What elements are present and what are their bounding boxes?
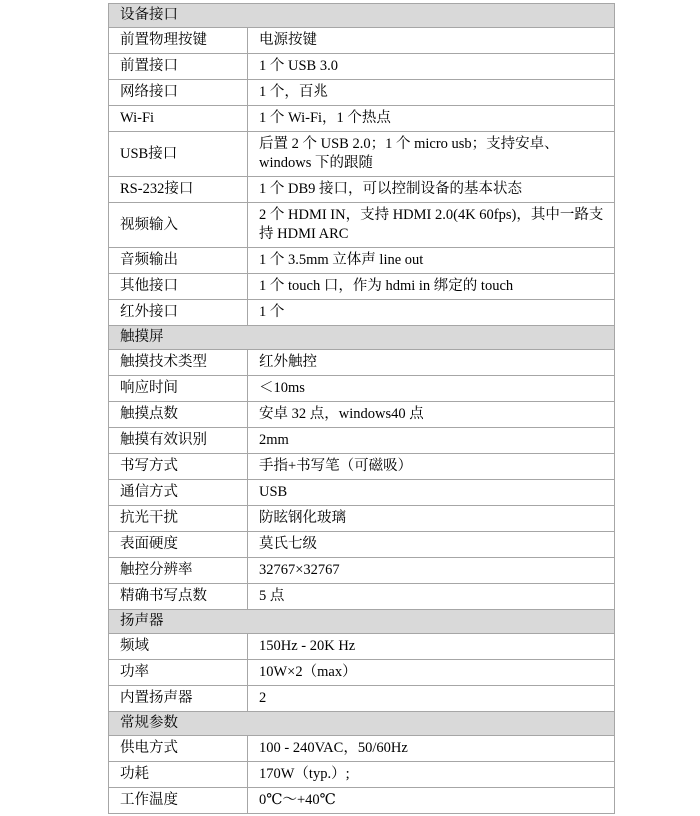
spec-label: 音频输出 <box>109 248 248 274</box>
spec-table: 设备接口前置物理按键电源按键前置接口1 个 USB 3.0网络接口1 个，百兆W… <box>108 3 615 814</box>
spec-label: 响应时间 <box>109 376 248 402</box>
spec-label: 频域 <box>109 634 248 660</box>
section-row: 触摸屏 <box>109 326 615 350</box>
spec-value: 10W×2（max） <box>248 660 615 686</box>
table-row: 触摸点数安卓 32 点，windows40 点 <box>109 402 615 428</box>
spec-value: 32767×32767 <box>248 558 615 584</box>
table-row: 前置物理按键电源按键 <box>109 28 615 54</box>
spec-value: 1 个 3.5mm 立体声 line out <box>248 248 615 274</box>
spec-label: 通信方式 <box>109 480 248 506</box>
section-header: 设备接口 <box>109 4 615 28</box>
table-row: 响应时间＜10ms <box>109 376 615 402</box>
spec-value: 1 个，百兆 <box>248 80 615 106</box>
table-row: Wi-Fi1 个 Wi-Fi，1 个热点 <box>109 106 615 132</box>
spec-label: 红外接口 <box>109 300 248 326</box>
table-row: RS-232接口1 个 DB9 接口，可以控制设备的基本状态 <box>109 177 615 203</box>
spec-label: 功耗 <box>109 762 248 788</box>
table-row: 触摸技术类型红外触控 <box>109 350 615 376</box>
section-row: 设备接口 <box>109 4 615 28</box>
table-row: 供电方式100 - 240VAC，50/60Hz <box>109 736 615 762</box>
table-row: 内置扬声器2 <box>109 686 615 712</box>
table-row: USB接口后置 2 个 USB 2.0；1 个 micro usb；支持安卓、w… <box>109 132 615 177</box>
spec-label: 视频输入 <box>109 203 248 248</box>
table-row: 功率10W×2（max） <box>109 660 615 686</box>
spec-value: 后置 2 个 USB 2.0；1 个 micro usb；支持安卓、window… <box>248 132 615 177</box>
spec-value: 安卓 32 点，windows40 点 <box>248 402 615 428</box>
spec-value: 莫氏七级 <box>248 532 615 558</box>
spec-table-body: 设备接口前置物理按键电源按键前置接口1 个 USB 3.0网络接口1 个，百兆W… <box>109 4 615 814</box>
table-row: 触摸有效识别2mm <box>109 428 615 454</box>
table-row: 视频输入2 个 HDMI IN，支持 HDMI 2.0(4K 60fps)，其中… <box>109 203 615 248</box>
spec-label: 触摸有效识别 <box>109 428 248 454</box>
spec-label: 工作温度 <box>109 788 248 814</box>
spec-label: 前置物理按键 <box>109 28 248 54</box>
spec-value: 150Hz - 20K Hz <box>248 634 615 660</box>
spec-label: 网络接口 <box>109 80 248 106</box>
spec-label: 触摸技术类型 <box>109 350 248 376</box>
table-row: 功耗170W（typ.）; <box>109 762 615 788</box>
section-header: 扬声器 <box>109 610 615 634</box>
spec-label: 前置接口 <box>109 54 248 80</box>
spec-value: 1 个 Wi-Fi，1 个热点 <box>248 106 615 132</box>
spec-label: 触控分辨率 <box>109 558 248 584</box>
table-row: 工作温度0℃～+40℃ <box>109 788 615 814</box>
spec-value: 1 个 USB 3.0 <box>248 54 615 80</box>
spec-label: RS-232接口 <box>109 177 248 203</box>
spec-label: Wi-Fi <box>109 106 248 132</box>
table-row: 通信方式USB <box>109 480 615 506</box>
spec-value: 手指+书写笔（可磁吸） <box>248 454 615 480</box>
section-header: 触摸屏 <box>109 326 615 350</box>
spec-label: 表面硬度 <box>109 532 248 558</box>
table-row: 触控分辨率32767×32767 <box>109 558 615 584</box>
section-row: 扬声器 <box>109 610 615 634</box>
table-row: 频域150Hz - 20K Hz <box>109 634 615 660</box>
spec-value: USB <box>248 480 615 506</box>
table-row: 抗光干扰防眩钢化玻璃 <box>109 506 615 532</box>
table-row: 精确书写点数5 点 <box>109 584 615 610</box>
table-row: 网络接口1 个，百兆 <box>109 80 615 106</box>
table-row: 前置接口1 个 USB 3.0 <box>109 54 615 80</box>
spec-value: 5 点 <box>248 584 615 610</box>
spec-label: 供电方式 <box>109 736 248 762</box>
spec-label: USB接口 <box>109 132 248 177</box>
spec-value: 2 <box>248 686 615 712</box>
spec-label: 精确书写点数 <box>109 584 248 610</box>
spec-value: 红外触控 <box>248 350 615 376</box>
spec-value: 1 个 touch 口，作为 hdmi in 绑定的 touch <box>248 274 615 300</box>
spec-value: 1 个 DB9 接口，可以控制设备的基本状态 <box>248 177 615 203</box>
table-row: 音频输出1 个 3.5mm 立体声 line out <box>109 248 615 274</box>
table-row: 红外接口1 个 <box>109 300 615 326</box>
spec-value: ＜10ms <box>248 376 615 402</box>
spec-value: 2mm <box>248 428 615 454</box>
table-row: 其他接口1 个 touch 口，作为 hdmi in 绑定的 touch <box>109 274 615 300</box>
spec-value: 170W（typ.）; <box>248 762 615 788</box>
spec-label: 功率 <box>109 660 248 686</box>
spec-label: 触摸点数 <box>109 402 248 428</box>
spec-value: 2 个 HDMI IN，支持 HDMI 2.0(4K 60fps)，其中一路支持… <box>248 203 615 248</box>
section-row: 常规参数 <box>109 712 615 736</box>
table-row: 表面硬度莫氏七级 <box>109 532 615 558</box>
spec-value: 0℃～+40℃ <box>248 788 615 814</box>
spec-label: 抗光干扰 <box>109 506 248 532</box>
spec-label: 其他接口 <box>109 274 248 300</box>
spec-value: 100 - 240VAC，50/60Hz <box>248 736 615 762</box>
page: { "colors": { "page_bg": "#ffffff", "row… <box>0 0 700 816</box>
table-row: 书写方式手指+书写笔（可磁吸） <box>109 454 615 480</box>
spec-value: 1 个 <box>248 300 615 326</box>
spec-value: 防眩钢化玻璃 <box>248 506 615 532</box>
spec-label: 内置扬声器 <box>109 686 248 712</box>
spec-label: 书写方式 <box>109 454 248 480</box>
section-header: 常规参数 <box>109 712 615 736</box>
spec-value: 电源按键 <box>248 28 615 54</box>
